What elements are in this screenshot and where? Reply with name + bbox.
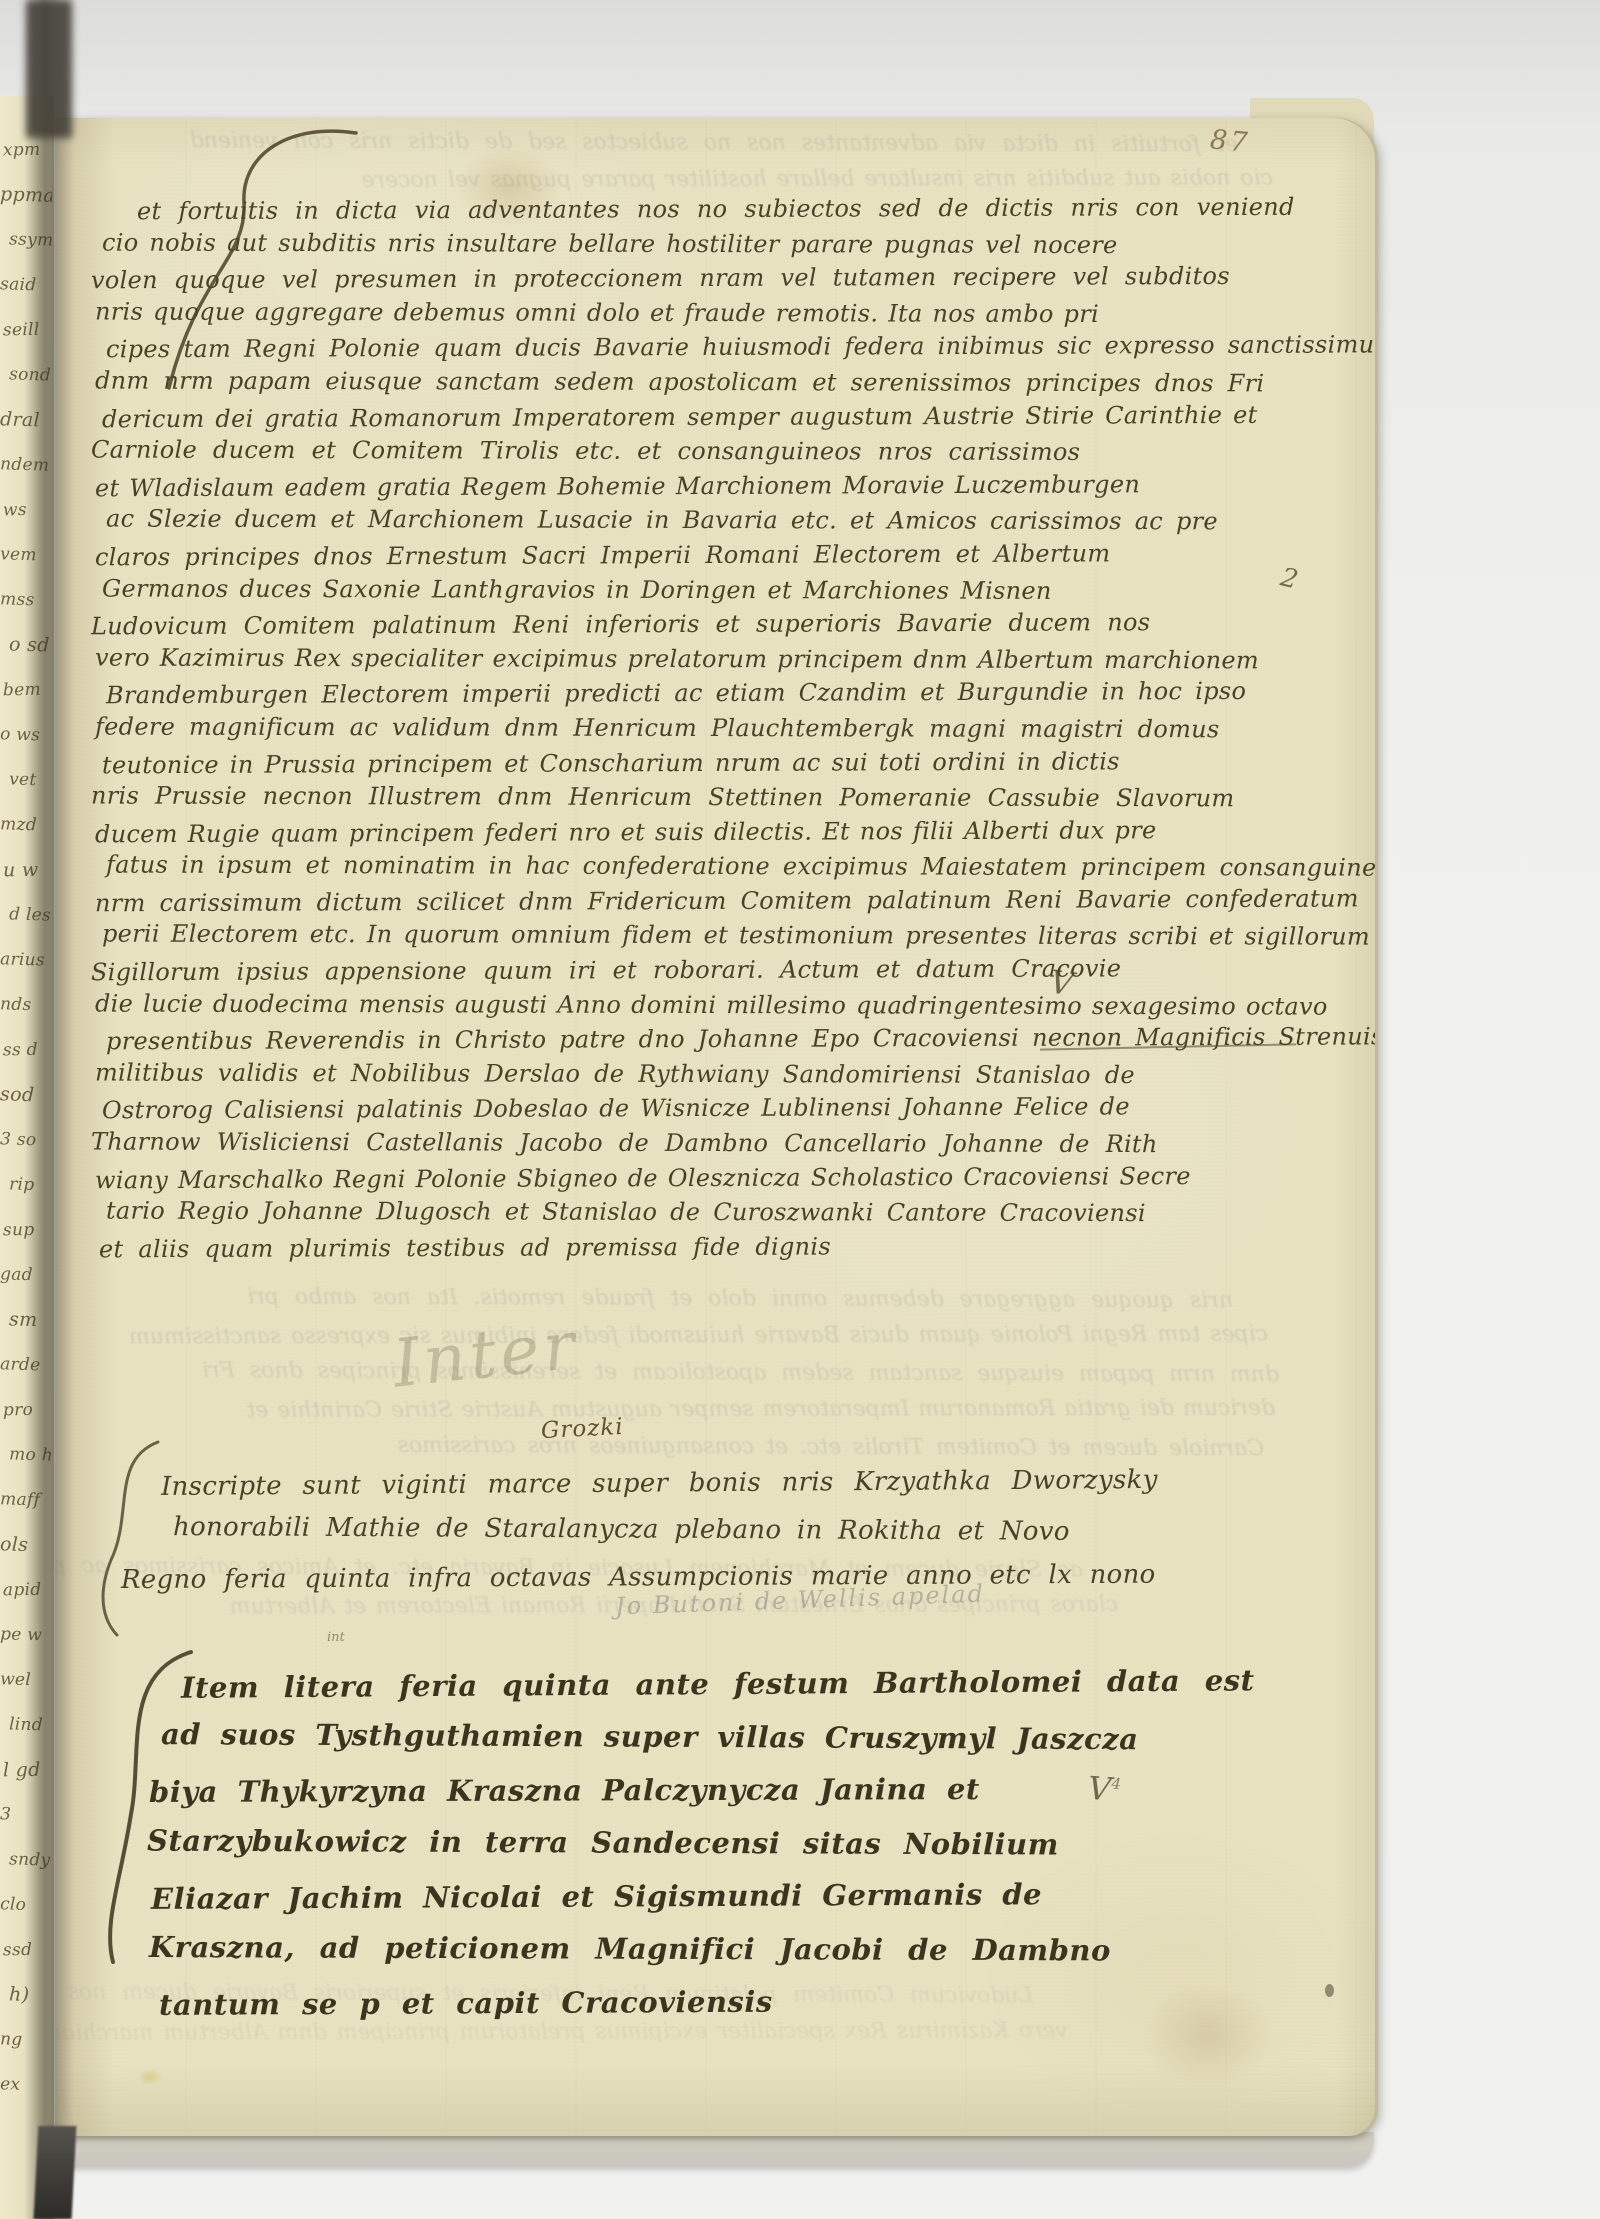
text-line: Eliazar Jachim Nicolai et Sigismundi Ger… <box>151 1867 1267 1926</box>
text-line: ng <box>0 2019 53 2065</box>
text-line: l gd <box>0 1750 55 1796</box>
text-line: cipes tam Regni Polonie quam ducis Bavar… <box>106 328 1295 367</box>
text-line: die lucie duodecima mensis augusti Anno … <box>95 986 1295 1024</box>
text-line: ssd <box>0 1930 55 1976</box>
main-text-block: et fortuitis in dicta via adventantes no… <box>95 192 1295 1264</box>
text-line: honorabili Mathie de Staralanycza pleban… <box>173 1504 1283 1557</box>
dark-speck <box>1325 1984 1334 1997</box>
text-line: clo <box>0 1884 53 1930</box>
text-line: ssym <box>0 219 62 266</box>
text-line: Ludovicum Comitem palatinum Reni inferio… <box>91 605 1295 644</box>
text-line: nds <box>0 984 53 1030</box>
text-line: dnm nrm papam eiusque sanctam sedem apos… <box>125 1352 1279 1393</box>
text-line: Carniole ducem et Comitem Tirolis etc. e… <box>91 433 1295 471</box>
text-line: federe magnificum ac validum dnm Henricu… <box>95 709 1295 747</box>
text-line: dericum dei gratia Romanorum Imperatorem… <box>125 1390 1275 1430</box>
margin-v-mark-tick: 4 <box>1111 1775 1122 1794</box>
text-line: bem <box>0 670 55 716</box>
register-entry-1: Inscripte sunt viginti marce super bonis… <box>143 1460 1283 1601</box>
text-line: ducem Rugie quam principem federi nro et… <box>95 812 1295 851</box>
bleed-through-text: nris quoque aggregare debemus omni dolo … <box>125 1280 1275 1465</box>
text-line: rip <box>0 1164 62 1211</box>
text-line: Ostrorog Calisiensi palatinis Dobeslao d… <box>102 1089 1295 1128</box>
text-line: ac Slezie ducem et Marchionem Lusacie in… <box>106 502 1295 539</box>
spine-shadow-wedge <box>34 2126 77 2219</box>
text-line: Starzybukowicz in terra Sandecensi sitas… <box>147 1815 1267 1873</box>
text-line: teutonice in Prussia principem et Consch… <box>102 743 1295 782</box>
text-line: Sigillorum ipsius appensione quum iri et… <box>91 951 1295 990</box>
text-line: ex <box>0 2064 53 2110</box>
text-line: et aliis quam plurimis testibus ad premi… <box>99 1228 1295 1267</box>
text-line: pro <box>0 1390 55 1436</box>
text-line: tantum se p et capit Cracoviensis <box>159 1973 1267 2032</box>
text-line: sond <box>0 354 62 401</box>
manuscript-scan: xpmppmassymsaidseillsonddralndemwsvemmss… <box>0 0 1600 2219</box>
text-line: Brandemburgen Electorem imperii predicti… <box>106 674 1295 713</box>
text-line: apid <box>0 1570 55 1616</box>
text-line: vem <box>0 534 53 580</box>
text-line: arde <box>0 1344 53 1390</box>
text-line: vet <box>0 759 62 806</box>
text-line: fatus in ipsum et nominatim in hac confe… <box>106 848 1295 885</box>
text-line: cipes tam Regni Polonie quam ducis Bavar… <box>125 1316 1268 1356</box>
text-line: nris Prussie necnon Illustrem dnm Henric… <box>91 779 1295 817</box>
text-line: o ws <box>0 714 53 760</box>
text-line: vero Kazimirus Rex specialiter excipimus… <box>95 640 1295 678</box>
manuscript-page: et fortuitis in dicta via adventantes no… <box>55 118 1375 2136</box>
bleed-through-text: et fortuitis in dicta via adventantes no… <box>100 124 1280 198</box>
text-line: sm <box>0 1299 62 1346</box>
book-block-bottom-edge <box>62 2132 1374 2166</box>
text-line: lind <box>0 1704 62 1751</box>
text-line: sod <box>0 1074 53 1120</box>
text-line: Kraszna, ad peticionem Magnifici Jacobi … <box>149 1921 1267 1978</box>
facing-page-text-fragments: xpmppmassymsaidseillsonddralndemwsvemmss… <box>0 96 54 2110</box>
folio-number: 87 <box>1209 124 1252 158</box>
text-line: nris quoque aggregare debemus omni dolo … <box>95 294 1295 332</box>
text-line: d les <box>0 894 62 941</box>
text-line: nris quoque aggregare debemus omni dolo … <box>125 1278 1233 1319</box>
text-line: mss <box>0 579 53 625</box>
faded-heading: Inter <box>389 1307 582 1403</box>
text-line: ad suos Tysthguthamien super villas Crus… <box>161 1708 1267 1767</box>
text-line: ppma <box>0 174 53 220</box>
text-line: dericum dei gratia Romanorum Imperatorem… <box>102 397 1295 436</box>
register-entry-2: Item litera feria quinta ante festum Bar… <box>147 1658 1267 2029</box>
text-line: presentibus Reverendis in Christo patre … <box>106 1020 1295 1059</box>
margin-v-mark-label: V <box>1087 1769 1113 1809</box>
text-line: sndy <box>0 1839 62 1886</box>
wax-spot <box>137 2068 163 2086</box>
text-line: dnm nrm papam eiusque sanctam sedem apos… <box>95 364 1295 402</box>
text-line: wiany Marschalko Regni Polonie Sbigneo d… <box>95 1158 1295 1197</box>
text-line: ss d <box>0 1030 55 1076</box>
text-line: Inscripte sunt viginti marce super bonis… <box>161 1456 1283 1511</box>
text-line: ws <box>0 490 55 536</box>
register-label: Grozki <box>540 1414 624 1444</box>
text-line: Germanos duces Saxonie Lanthgravios in D… <box>102 571 1295 609</box>
text-line: cio nobis aut subditis nris insultare be… <box>102 225 1295 263</box>
text-line: volen quoque vel presumen in proteccione… <box>91 259 1295 298</box>
text-line: sup <box>0 1210 55 1256</box>
text-line: 3 <box>0 1794 53 1840</box>
text-line: o sd <box>0 624 62 671</box>
text-line: gad <box>0 1254 53 1300</box>
margin-v-mark: V4 <box>1087 1769 1122 1809</box>
text-line: Item litera feria quinta ante festum Bar… <box>181 1654 1267 1715</box>
text-line: u w <box>0 850 55 896</box>
text-line: militibus validis et Nobilibus Derslao d… <box>95 1055 1295 1093</box>
text-line: mzd <box>0 804 53 850</box>
text-line: maff <box>0 1479 53 1525</box>
tiny-insertion-note: int <box>327 1630 345 1645</box>
text-line: mo h <box>0 1434 62 1481</box>
text-line: h) <box>0 1974 62 2021</box>
text-line: ols <box>0 1524 53 1570</box>
text-line: tario Regio Johanne Dlugosch et Stanisla… <box>106 1194 1295 1231</box>
text-line: 3 so <box>0 1119 53 1165</box>
text-line: ndem <box>0 444 53 490</box>
text-line: perii Electorem etc. In quorum omnium fi… <box>102 917 1295 955</box>
binding-gutter-top-shadow <box>26 0 72 138</box>
text-line: said <box>0 264 53 310</box>
text-line: dral <box>0 399 53 445</box>
text-line: arius <box>0 939 53 985</box>
text-line: pe w <box>0 1614 53 1660</box>
text-line: seill <box>0 310 55 356</box>
facing-page-edge: xpmppmassymsaidseillsonddralndemwsvemmss… <box>0 96 54 2219</box>
text-line: et fortuitis in dicta via adventantes no… <box>100 122 1238 163</box>
text-line: claros principes dnos Ernestum Sacri Imp… <box>95 536 1295 575</box>
text-line: nrm carissimum dictum scilicet dnm Fride… <box>95 882 1295 921</box>
text-line: Tharnow Wisliciensi Castellanis Jacobo d… <box>91 1125 1295 1163</box>
text-line: wel <box>0 1659 53 1705</box>
text-line: et Wladislaum eadem gratia Regem Bohemie… <box>95 466 1295 505</box>
text-line: et fortuitis in dicta via adventantes no… <box>137 190 1295 229</box>
